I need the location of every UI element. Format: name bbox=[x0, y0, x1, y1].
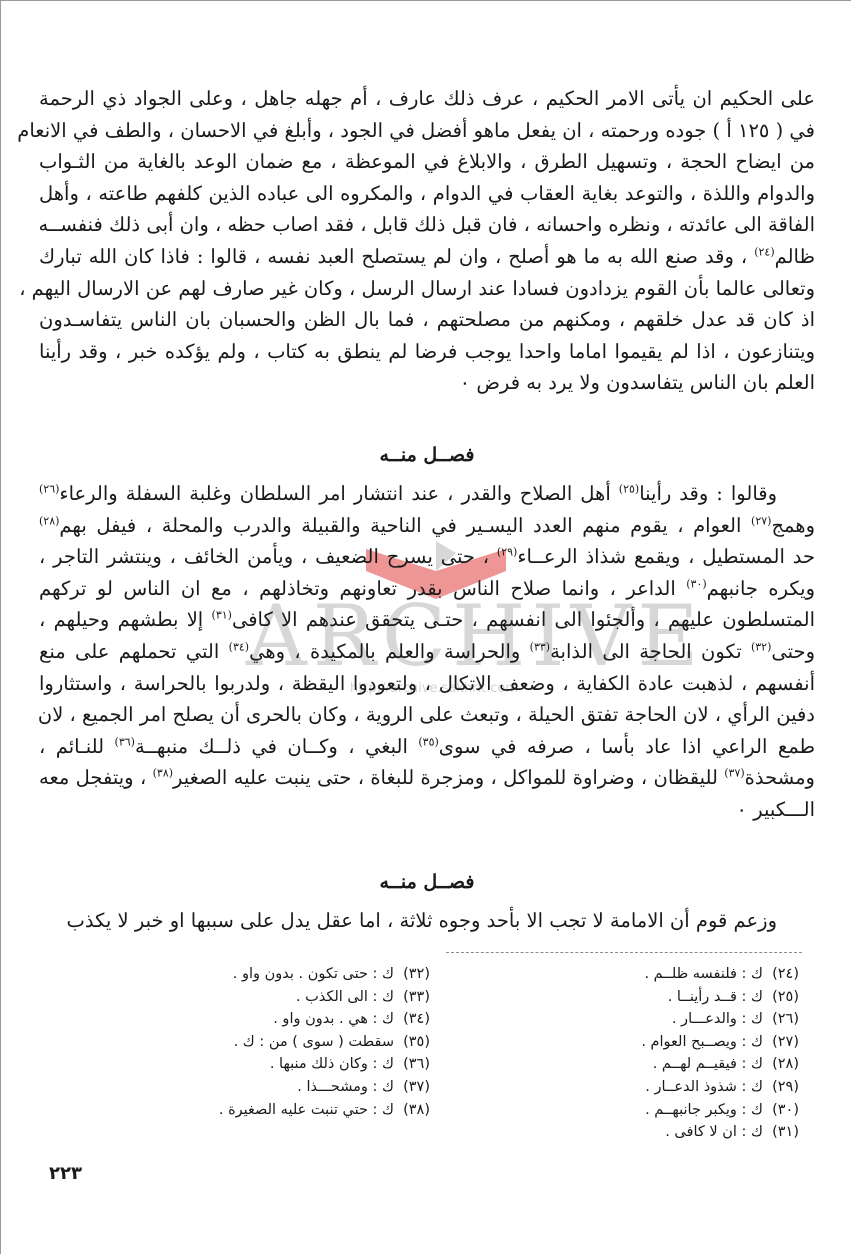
footnote-item: (٣٤)ك : هي . بدون واو . bbox=[110, 1008, 430, 1031]
text-line: ظالم(٢٤) ، وقد صنع الله به ما هو أصلح ، … bbox=[39, 241, 815, 273]
footnote-text: ك : والدعـــار . bbox=[672, 1011, 763, 1027]
footnote-number: (٣٨) bbox=[394, 1099, 430, 1122]
text-fragment: المتسلطون عليهم ، وألجئوا الى انفسهم ، ح… bbox=[232, 608, 815, 631]
text-fragment: ، وقد صنع الله به ما هو أصلح ، وان لم يس… bbox=[39, 245, 747, 268]
footnote-text: ك : وكان ذلك منبها . bbox=[270, 1056, 394, 1072]
footnote-item: (٢٨)ك : فيقيــم لهــم . bbox=[499, 1053, 799, 1076]
text-fragment: التي تحملهم على منع bbox=[39, 640, 229, 663]
footnote-number: (٢٩) bbox=[763, 1076, 799, 1099]
text-line: من ايضاح الحجة ، وتسهيل الطرق ، والابلاغ… bbox=[39, 146, 815, 178]
text-fragment: وهمج bbox=[771, 514, 815, 537]
footnote-ref[interactable]: (٢٥) bbox=[619, 483, 639, 496]
text-fragment: وقالوا : وقد رأينا bbox=[639, 482, 777, 505]
text-line: ومشحذة(٣٧) لليقظان ، وضراوة للمواكل ، وم… bbox=[39, 762, 815, 794]
text-fragment: للنـائم ، bbox=[39, 735, 115, 758]
footnote-item: (٢٤)ك : فلنفسه ظلــم . bbox=[499, 963, 799, 986]
footnote-number: (٣١) bbox=[763, 1121, 799, 1144]
footnotes-left-column: (٣٢)ك : حتى تكون . بدون واو . (٣٣)ك : ال… bbox=[110, 963, 430, 1121]
text-fragment: وحتى bbox=[771, 640, 815, 663]
text-line: أنفسهم ، لذهبت عادة الكفاية ، وضعف الاتك… bbox=[39, 668, 815, 700]
paragraph-2: وقالوا : وقد رأينا(٢٥) أهل الصلاح والقدر… bbox=[39, 478, 815, 826]
text-line: الـــكبير ٠ bbox=[39, 794, 815, 826]
footnote-item: (٣٧)ك : ومشحـــذا . bbox=[110, 1076, 430, 1099]
footnote-number: (٢٤) bbox=[763, 963, 799, 986]
footnote-text: ك : هي . بدون واو . bbox=[273, 1011, 394, 1027]
footnote-item: (٢٧)ك : ويصــبح العوام . bbox=[499, 1031, 799, 1054]
footnotes-right-column: (٢٤)ك : فلنفسه ظلــم . (٢٥)ك : قــد رأين… bbox=[499, 963, 799, 1144]
footnote-ref[interactable]: (٣٤) bbox=[229, 640, 249, 653]
text-line: العلم بان الناس يتفاسدون ولا يرد به فرض … bbox=[39, 367, 815, 399]
footnote-text: ك : قــد رأينــا . bbox=[668, 989, 763, 1005]
footnote-text: ك : ويصــبح العوام . bbox=[641, 1034, 763, 1050]
footnote-number: (٣٢) bbox=[394, 963, 430, 986]
text-fragment: ، ويتفجل معه bbox=[39, 766, 153, 789]
footnote-number: (٣٠) bbox=[763, 1099, 799, 1122]
footnote-item: (٢٩)ك : شذوذ الدعــار . bbox=[499, 1076, 799, 1099]
text-line: وهمج(٢٧) العوام ، يقوم منهم العدد اليسـي… bbox=[39, 510, 815, 542]
footnote-item: (٣٢)ك : حتى تكون . بدون واو . bbox=[110, 963, 430, 986]
footnote-text: ك : ومشحـــذا . bbox=[297, 1079, 394, 1095]
footnote-number: (٢٥) bbox=[763, 986, 799, 1009]
footnote-ref[interactable]: (٢٨) bbox=[39, 514, 59, 527]
text-fragment: والحراسة والعلم بالمكيدة ، وهي bbox=[249, 640, 530, 663]
footnote-item: (٣٠)ك : ويكبر جانبهــم . bbox=[499, 1099, 799, 1122]
footnote-text: ك : ويكبر جانبهــم . bbox=[645, 1102, 763, 1118]
footnote-number: (٣٣) bbox=[394, 986, 430, 1009]
footnote-ref[interactable]: (٣٧) bbox=[724, 767, 744, 780]
footnote-number: (٢٧) bbox=[763, 1031, 799, 1054]
footnote-divider bbox=[446, 952, 802, 953]
text-fragment: إلا بطشهم وحيلهم ، bbox=[39, 608, 212, 631]
text-line: على الحكيم ان يأتى الامر الحكيم ، عرف ذل… bbox=[39, 83, 815, 115]
footnote-ref[interactable]: (٣٦) bbox=[115, 735, 135, 748]
footnote-item: (٣٨)ك : حتي تنبت عليه الصغيرة . bbox=[110, 1099, 430, 1122]
text-fragment: تكون الحاجة الى الذابة bbox=[550, 640, 751, 663]
text-line: والدوام واللذة ، والتوعد بغاية العقاب في… bbox=[39, 178, 815, 210]
footnote-item: (٣٣)ك : الى الكذب . bbox=[110, 986, 430, 1009]
footnote-item: (٢٥)ك : قــد رأينــا . bbox=[499, 986, 799, 1009]
footnote-ref[interactable]: (٢٦) bbox=[39, 483, 59, 496]
footnote-ref[interactable]: (٣٣) bbox=[530, 640, 550, 653]
section-title: فصــل منــه bbox=[39, 860, 815, 904]
footnote-number: (٣٤) bbox=[394, 1008, 430, 1031]
footnote-ref[interactable]: (٢٧) bbox=[751, 514, 771, 527]
footnote-text: ك : فيقيــم لهــم . bbox=[653, 1056, 763, 1072]
footnote-number: (٣٧) bbox=[394, 1076, 430, 1099]
footnote-number: (٢٦) bbox=[763, 1008, 799, 1031]
text-fragment: ظالم bbox=[775, 245, 815, 268]
text-line: اذ كان قد عدل خلقهم ، ومكنهم من مصلحتهم … bbox=[39, 304, 815, 336]
text-fragment: لليقظان ، وضراوة للمواكل ، ومزجرة للبغاة… bbox=[173, 766, 724, 789]
text-line: المتسلطون عليهم ، وألجئوا الى انفسهم ، ح… bbox=[39, 604, 815, 636]
text-line: الفاقة الى عائدته ، ونظره واحسانه ، فان … bbox=[39, 209, 815, 241]
footnote-number: (٣٥) bbox=[394, 1031, 430, 1054]
text-line: وزعم قوم أن الامامة لا تجب الا بأحد وجوه… bbox=[39, 905, 815, 937]
section-title: فصــل منــه bbox=[39, 433, 815, 477]
text-line: حد المستطيل ، ويقمع شذاذ الرعــاء(٢٩) ، … bbox=[39, 541, 815, 573]
footnote-item: (٣٦)ك : وكان ذلك منبها . bbox=[110, 1053, 430, 1076]
text-fragment: البغي ، وكــان في ذلــك منبهــة bbox=[135, 735, 418, 758]
footnote-item: (٣٥)سقطت ( سوى ) من : ك . bbox=[110, 1031, 430, 1054]
text-fragment: ويكره جانبهم bbox=[707, 577, 815, 600]
footnote-text: ك : ان لا كافى . bbox=[665, 1124, 763, 1140]
text-line: دفين الرأي ، لان الحاجة تفتق الحيلة ، وت… bbox=[39, 699, 815, 731]
text-line: وقالوا : وقد رأينا(٢٥) أهل الصلاح والقدر… bbox=[39, 478, 815, 510]
footnote-text: ك : حتي تنبت عليه الصغيرة . bbox=[219, 1102, 394, 1118]
text-fragment: حد المستطيل ، ويقمع شذاذ الرعــاء bbox=[517, 545, 815, 568]
text-fragment: طمع الراعي اذا عاد بأسا ، صرفه في سوى bbox=[439, 735, 815, 758]
paragraph-3: وزعم قوم أن الامامة لا تجب الا بأحد وجوه… bbox=[39, 905, 815, 937]
footnote-item: (٣١)ك : ان لا كافى . bbox=[499, 1121, 799, 1144]
text-fragment: ، حتى يسرح الضعيف ، ويأمن الخائف ، وينتش… bbox=[39, 545, 497, 568]
footnote-item: (٢٦)ك : والدعـــار . bbox=[499, 1008, 799, 1031]
footnote-ref[interactable]: (٣٨) bbox=[153, 767, 173, 780]
text-line: ويكره جانبهم(٣٠) الداعر ، وانما صلاح الن… bbox=[39, 573, 815, 605]
text-line: وتعالى عالما بأن القوم يزدادون فسادا عند… bbox=[39, 273, 815, 305]
footnote-ref[interactable]: (٣٢) bbox=[751, 640, 771, 653]
footnote-text: ك : فلنفسه ظلــم . bbox=[644, 966, 763, 982]
footnote-ref[interactable]: (٣٥) bbox=[418, 735, 438, 748]
text-line: ويتنازعون ، اذا لم يقيموا اماما واحدا يو… bbox=[39, 336, 815, 368]
footnote-ref[interactable]: (٢٩) bbox=[497, 546, 517, 559]
text-line: طمع الراعي اذا عاد بأسا ، صرفه في سوى(٣٥… bbox=[39, 731, 815, 763]
text-line: وحتى(٣٢) تكون الحاجة الى الذابة(٣٣) والح… bbox=[39, 636, 815, 668]
footnote-number: (٣٦) bbox=[394, 1053, 430, 1076]
footnote-ref[interactable]: (٣٠) bbox=[686, 577, 706, 590]
footnote-ref[interactable]: (٣١) bbox=[212, 609, 232, 622]
text-line: في ( ١٢٥ أ ) جوده ورحمته ، ان يفعل ماهو … bbox=[39, 115, 815, 147]
text-fragment: الداعر ، وانما صلاح الناس بقدر تعاونهم و… bbox=[39, 577, 686, 600]
text-fragment: العوام ، يقوم منهم العدد اليسـير في النا… bbox=[59, 514, 751, 537]
footnote-text: سقطت ( سوى ) من : ك . bbox=[234, 1034, 394, 1050]
footnote-number: (٢٨) bbox=[763, 1053, 799, 1076]
page-body: على الحكيم ان يأتى الامر الحكيم ، عرف ذل… bbox=[39, 83, 815, 399]
page-number: ٢٢٣ bbox=[49, 1163, 82, 1184]
text-fragment: ومشحذة bbox=[745, 766, 815, 789]
text-fragment: أهل الصلاح والقدر ، عند انتشار امر السلط… bbox=[59, 482, 618, 505]
footnote-text: ك : شذوذ الدعــار . bbox=[645, 1079, 763, 1095]
footnote-text: ك : حتى تكون . بدون واو . bbox=[233, 966, 394, 982]
footnote-text: ك : الى الكذب . bbox=[296, 989, 394, 1005]
footnote-ref[interactable]: (٢٤) bbox=[754, 245, 774, 258]
paragraph-1: على الحكيم ان يأتى الامر الحكيم ، عرف ذل… bbox=[39, 83, 815, 399]
